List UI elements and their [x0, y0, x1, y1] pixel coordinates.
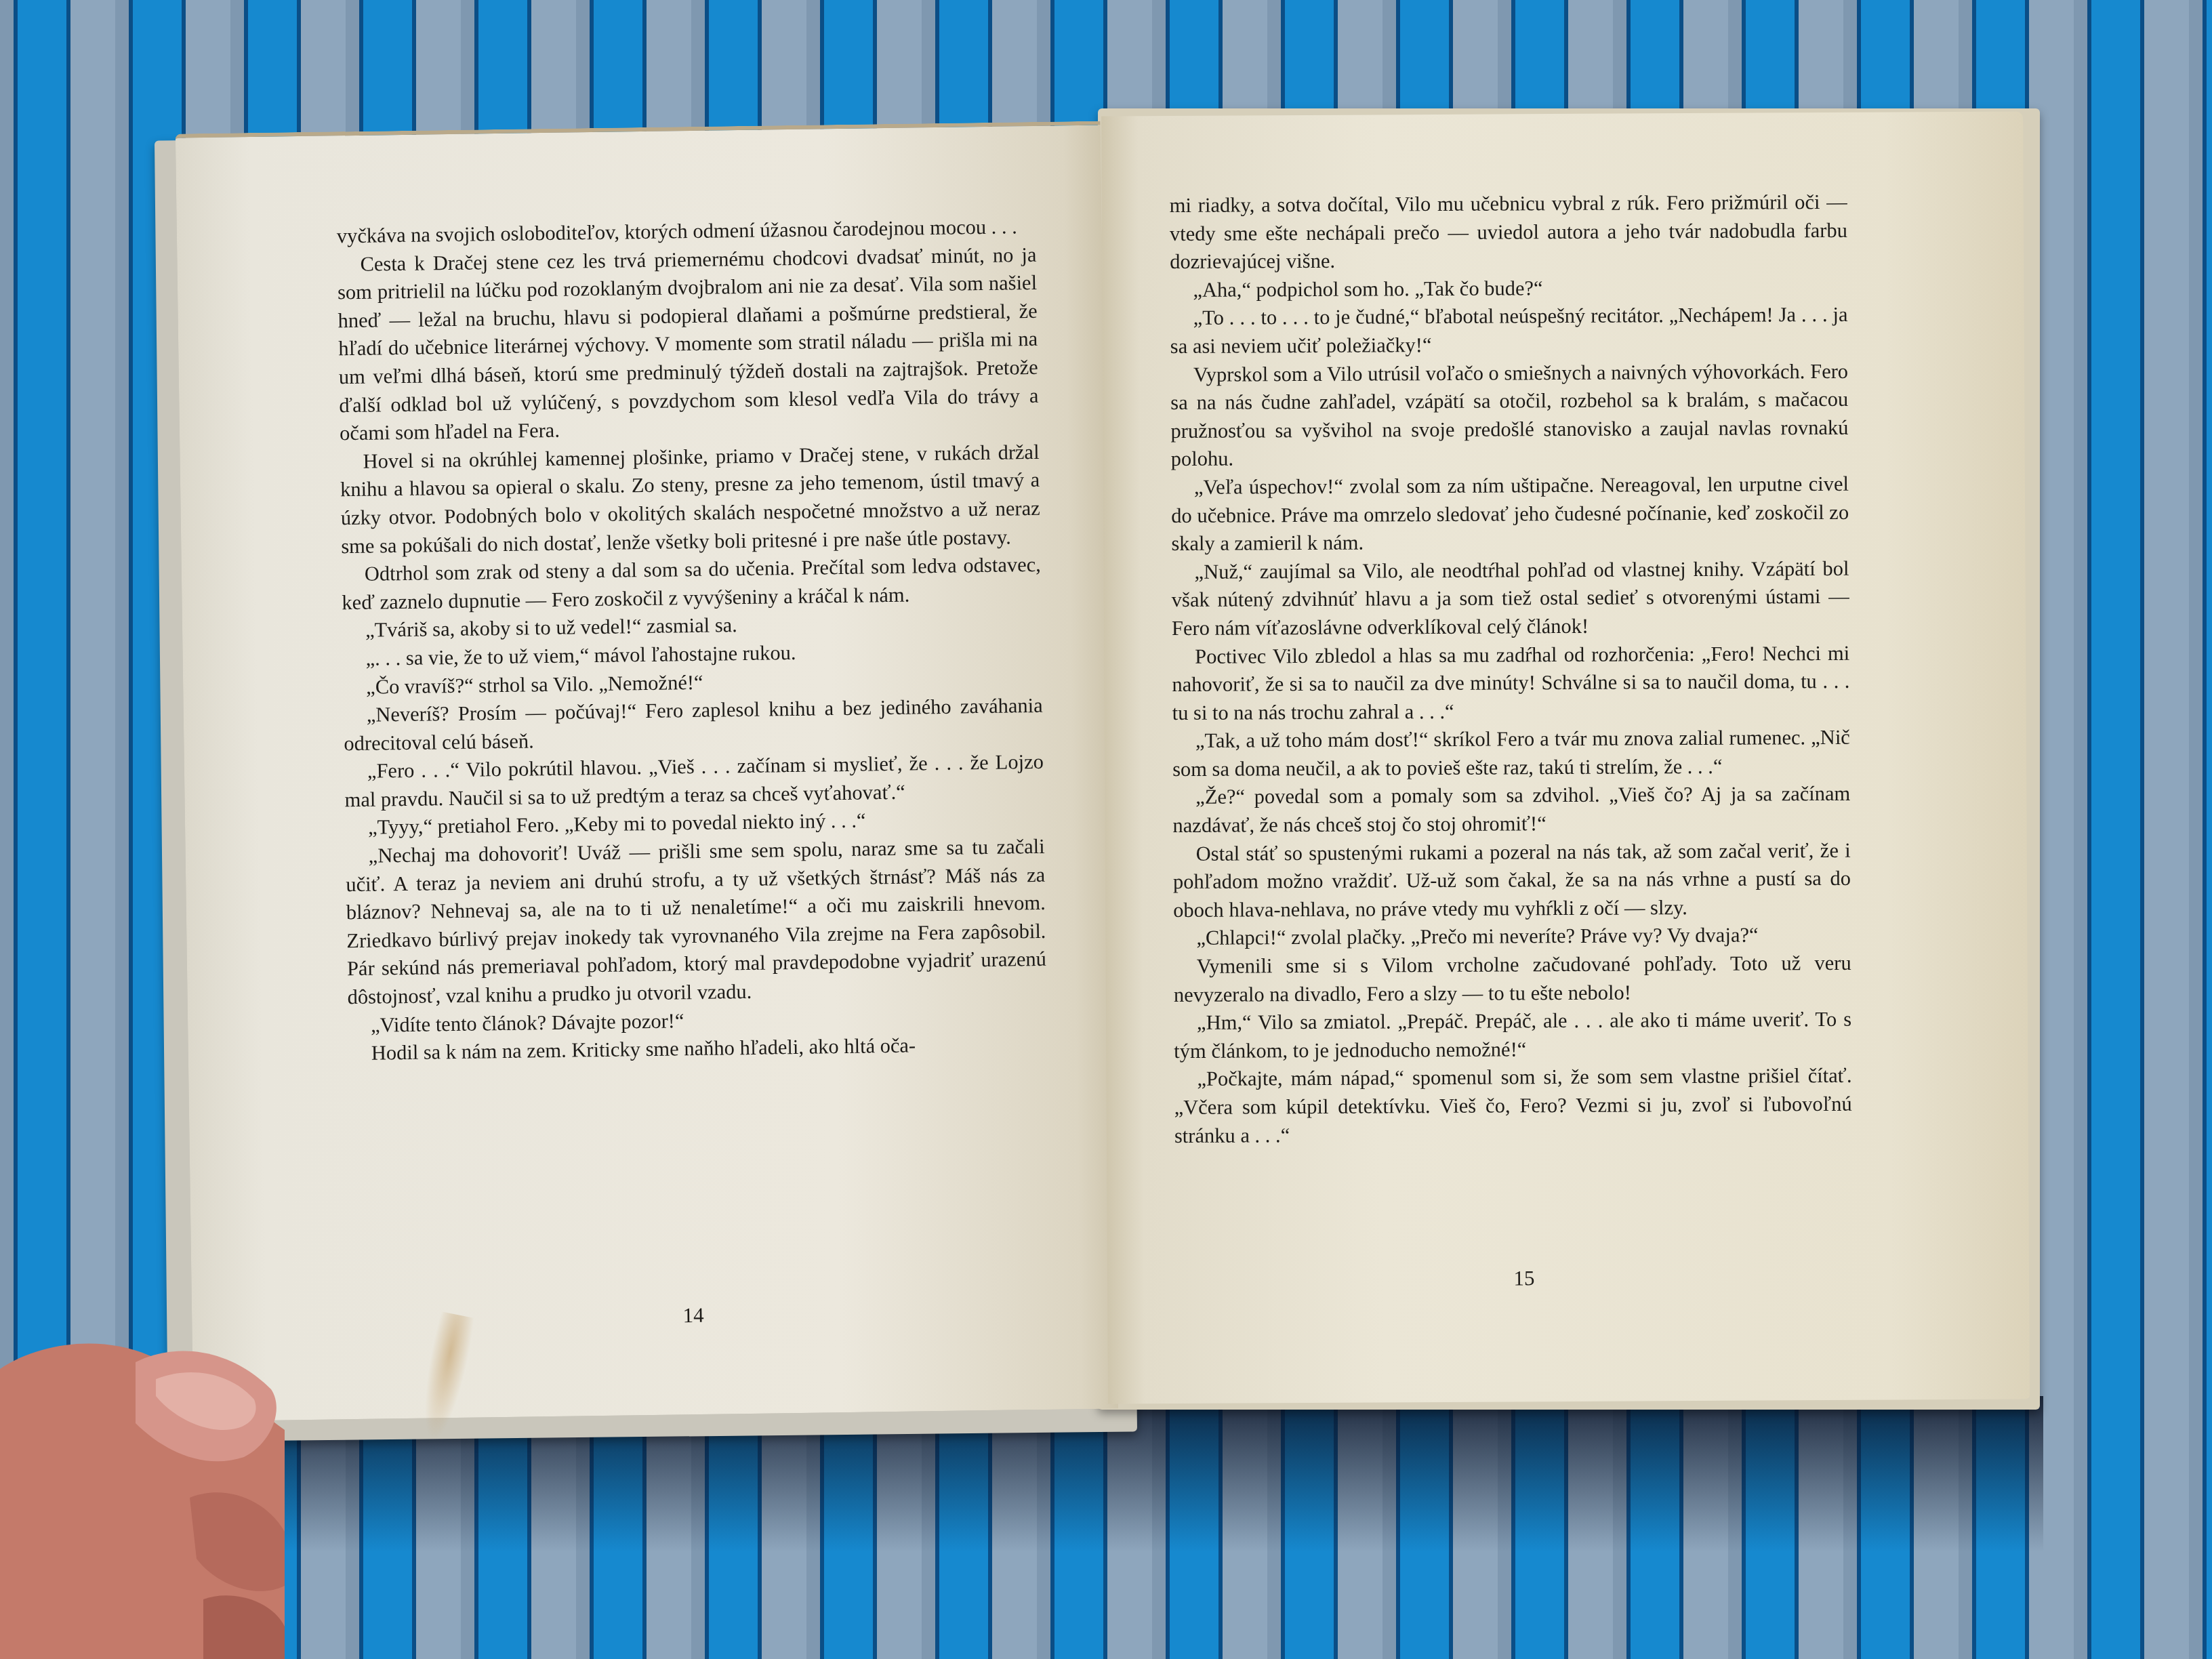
- paragraph: „Nuž,“ zaujímal sa Vilo, ale neodtŕhal p…: [1171, 555, 1849, 643]
- paragraph: „Tak, a už toho mám dosť!“ skríkol Fero …: [1172, 724, 1850, 783]
- paragraph: Cesta k Dračej stene cez les trvá prieme…: [337, 241, 1039, 448]
- paragraph: „Chlapci!“ zvolal plačky. „Prečo mi neve…: [1173, 921, 1851, 953]
- left-page: vyčkáva na svojich osloboditeľov, ktorýc…: [176, 121, 1118, 1422]
- paragraph: Ostal stáť so spustenými rukami a pozera…: [1173, 836, 1851, 924]
- right-page-text: mi riadky, a sotva dočítal, Vilo mu učeb…: [1170, 188, 1852, 1150]
- paragraph: Poctivec Vilo zbledol a hlas sa mu zadŕh…: [1172, 639, 1850, 727]
- paragraph: „Aha,“ podpichol som ho. „Tak čo bude?“: [1170, 273, 1847, 305]
- hand-holding-book: [0, 1328, 285, 1659]
- page-number: 15: [1490, 1266, 1558, 1291]
- page-number: 14: [659, 1303, 727, 1328]
- paragraph: „Nechaj ma dohovoriť! Uváž — prišli sme …: [345, 833, 1046, 1012]
- paragraph: Hovel si na okrúhlej kamennej plošinke, …: [340, 438, 1040, 561]
- paragraph: „Neveríš? Prosím — počúvaj!“ Fero zaples…: [344, 692, 1044, 758]
- paragraph: Vymenili sme si s Vilom vrcholne začudov…: [1174, 949, 1851, 1009]
- paragraph: „Hm,“ Vilo sa zmiatol. „Prepáč. Prepáč, …: [1174, 1006, 1851, 1065]
- paragraph: „Veľa úspechov!“ zvolal som za ním uštip…: [1171, 470, 1849, 558]
- paragraph: „Fero . . .“ Vilo pokrútil hlavou. „Vieš…: [344, 748, 1044, 815]
- paragraph: „Počkajte, mám nápad,“ spomenul som si, …: [1174, 1062, 1852, 1150]
- paragraph: mi riadky, a sotva dočítal, Vilo mu učeb…: [1170, 188, 1848, 276]
- right-page: mi riadky, a sotva dočítal, Vilo mu učeb…: [1101, 111, 2030, 1404]
- paragraph: „To . . . to . . . to je čudné,“ bľabota…: [1170, 301, 1847, 361]
- paragraph: „Že?“ povedal som a pomaly som sa zdviho…: [1172, 780, 1850, 840]
- paragraph: Vyprskol som a Vilo utrúsil voľačo o smi…: [1170, 357, 1849, 474]
- paragraph: Odtrhol som zrak od steny a dal som sa d…: [342, 551, 1042, 617]
- left-page-text: vyčkáva na svojich osloboditeľov, ktorýc…: [337, 213, 1048, 1068]
